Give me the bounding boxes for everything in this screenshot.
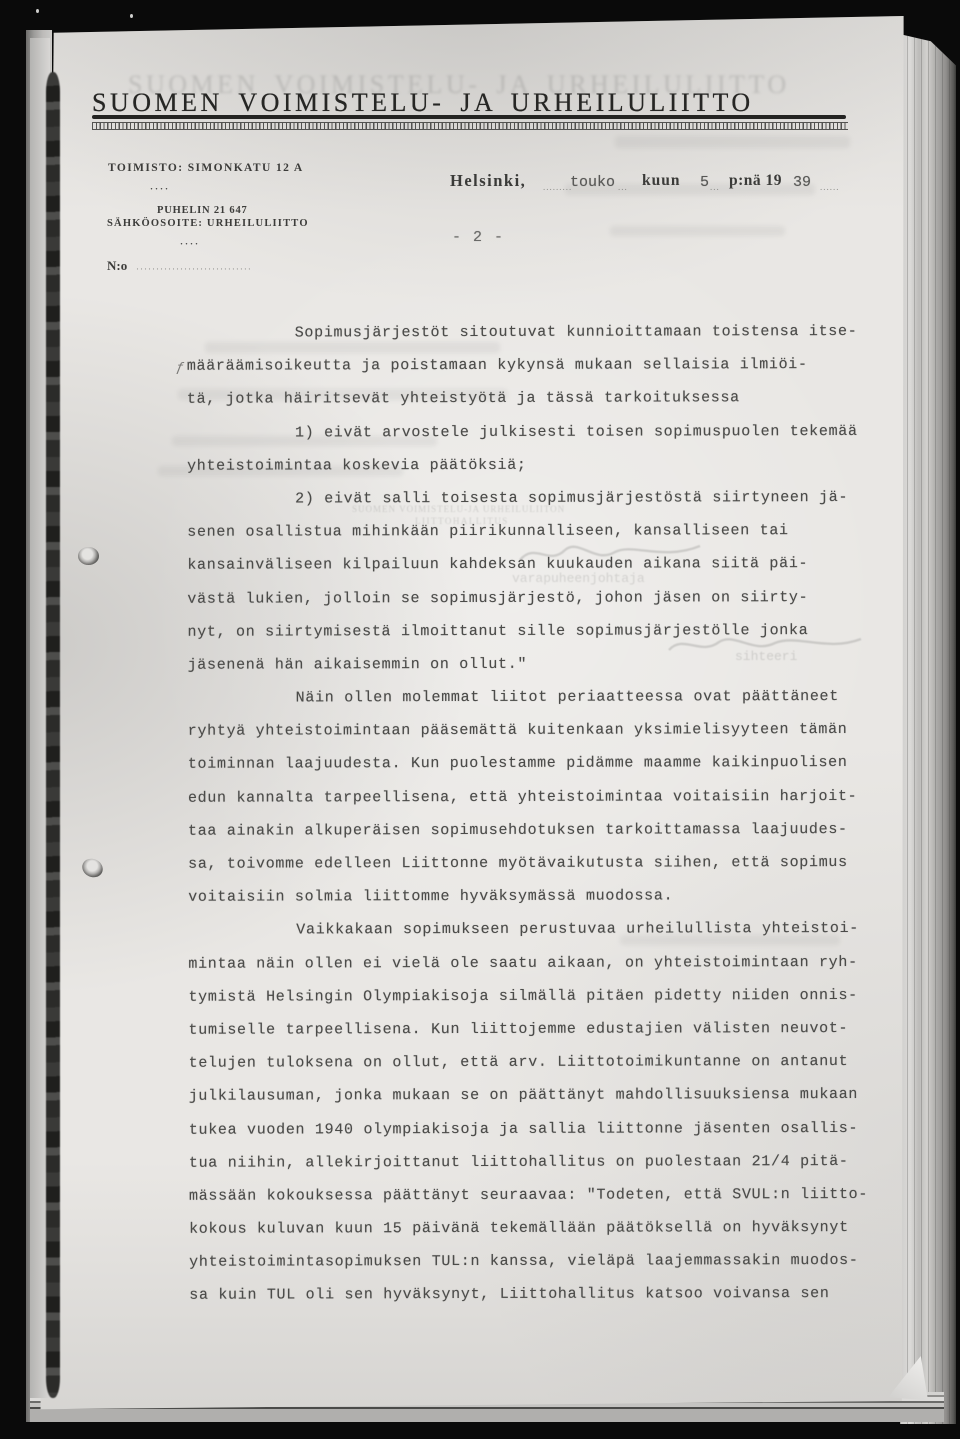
- typed-line: sa kuin TUL oli sen hyväksynyt, Liittoha…: [1, 1285, 931, 1321]
- typed-line: edun kannalta tarpeellisena, että yhteis…: [0, 787, 930, 823]
- typed-line: yhteistoimintasopimuksen TUL:n kanssa, v…: [1, 1252, 931, 1288]
- telegraph-address: SÄHKÖOSOITE: URHEILULIITTO: [107, 218, 309, 229]
- organization-title: SUOMEN VOIMISTELU- JA URHEILULIITTO: [92, 88, 754, 118]
- bleed-through-smudge: [610, 226, 785, 236]
- bleed-through-smudge: [615, 136, 850, 148]
- number-leader-dots: ·····························: [136, 264, 252, 274]
- typed-line: tä, jotka häiritsevät yhteistyötä ja täs…: [0, 389, 929, 425]
- typed-line: nyt, on siirtymisestä ilmoittanut sille …: [0, 621, 930, 657]
- page-number: - 2 -: [452, 229, 505, 246]
- typed-line: telujen tuloksena on ollut, että arv. Li…: [1, 1053, 931, 1089]
- typed-line: kokous kuluvan kuun 15 päivänä tekemällä…: [1, 1219, 931, 1255]
- typed-line: kansainväliseen kilpailuun kahdeksan kuu…: [0, 555, 929, 591]
- typed-line: jäsenenä hän aikaisemmin on ollut.": [0, 655, 930, 691]
- typed-line: Vaikkakaan sopimukseen perustuvaa urheil…: [0, 920, 930, 956]
- typed-line: ryhtyä yhteistoimintaan pääsemättä kuite…: [0, 721, 930, 757]
- typed-line: määräämisoikeutta ja poistamaan kykynsä …: [0, 356, 929, 392]
- separator-dots: ····: [180, 239, 200, 249]
- typed-line: 1) eivät arvostele julkisesti toisen sop…: [0, 422, 929, 458]
- typed-line: mässään kokouksessa päättänyt seuraavaa:…: [1, 1186, 931, 1222]
- typed-line: tua niihin, allekirjoittanut liittohalli…: [1, 1152, 931, 1188]
- scanned-document-page: SUOMEN VOIMISTELU- JA URHEILULIITTO SUOM…: [0, 0, 960, 1439]
- typed-line: taa ainakin alkuperäisen sopimusehdotuks…: [0, 821, 930, 857]
- typed-line: mintaa näin ollen ei vielä ole saatu aik…: [0, 953, 930, 989]
- typed-line: yhteistoimintaa koskevia päätöksiä;: [0, 456, 929, 492]
- typed-line: Näin ollen molemmat liitot periaatteessa…: [0, 688, 930, 724]
- dateline-leader: ......: [820, 182, 840, 192]
- dust-speck: [130, 14, 133, 18]
- title-dotted-rule: [92, 122, 848, 130]
- bleed-through-smudge: [565, 184, 815, 195]
- separator-dots: ····: [150, 184, 170, 194]
- typed-line: voitaisiin solmia liittomme hyväksymässä…: [0, 887, 930, 923]
- typed-line: toiminnan laajuudesta. Kun puolestamme p…: [0, 754, 930, 790]
- typed-line: tukea vuoden 1940 olympiakisoja ja salli…: [1, 1119, 931, 1155]
- dateline-city: Helsinki,: [450, 171, 526, 191]
- dust-speck: [36, 9, 39, 13]
- phone-number: PUHELIN 21 647: [157, 205, 248, 216]
- typed-line: julkilausuman, jonka mukaan se on päättä…: [1, 1086, 931, 1122]
- typed-line: senen osallistua mihinkään piirikunnalli…: [0, 522, 929, 558]
- typed-line: 2) eivät salli toisesta sopimusjärjestös…: [0, 489, 929, 525]
- typed-line: västä lukien, jolloin se sopimusjärjestö…: [0, 588, 929, 624]
- typed-line: tymistä Helsingin Olympiakisoja silmällä…: [0, 987, 930, 1023]
- typed-line: Sopimusjärjestöt sitoutuvat kunnioittama…: [0, 323, 929, 359]
- letter-body: Sopimusjärjestöt sitoutuvat kunnioittama…: [0, 323, 931, 1321]
- typed-line: sa, toivomme edelleen Liittonne myötävai…: [0, 854, 930, 890]
- number-label: N:o: [107, 258, 127, 274]
- title-rule: [92, 115, 846, 119]
- office-address: TOIMISTO: SIMONKATU 12 A: [108, 162, 304, 174]
- typed-line: tumiselle tarpeellisena. Kun liittojemme…: [1, 1020, 931, 1056]
